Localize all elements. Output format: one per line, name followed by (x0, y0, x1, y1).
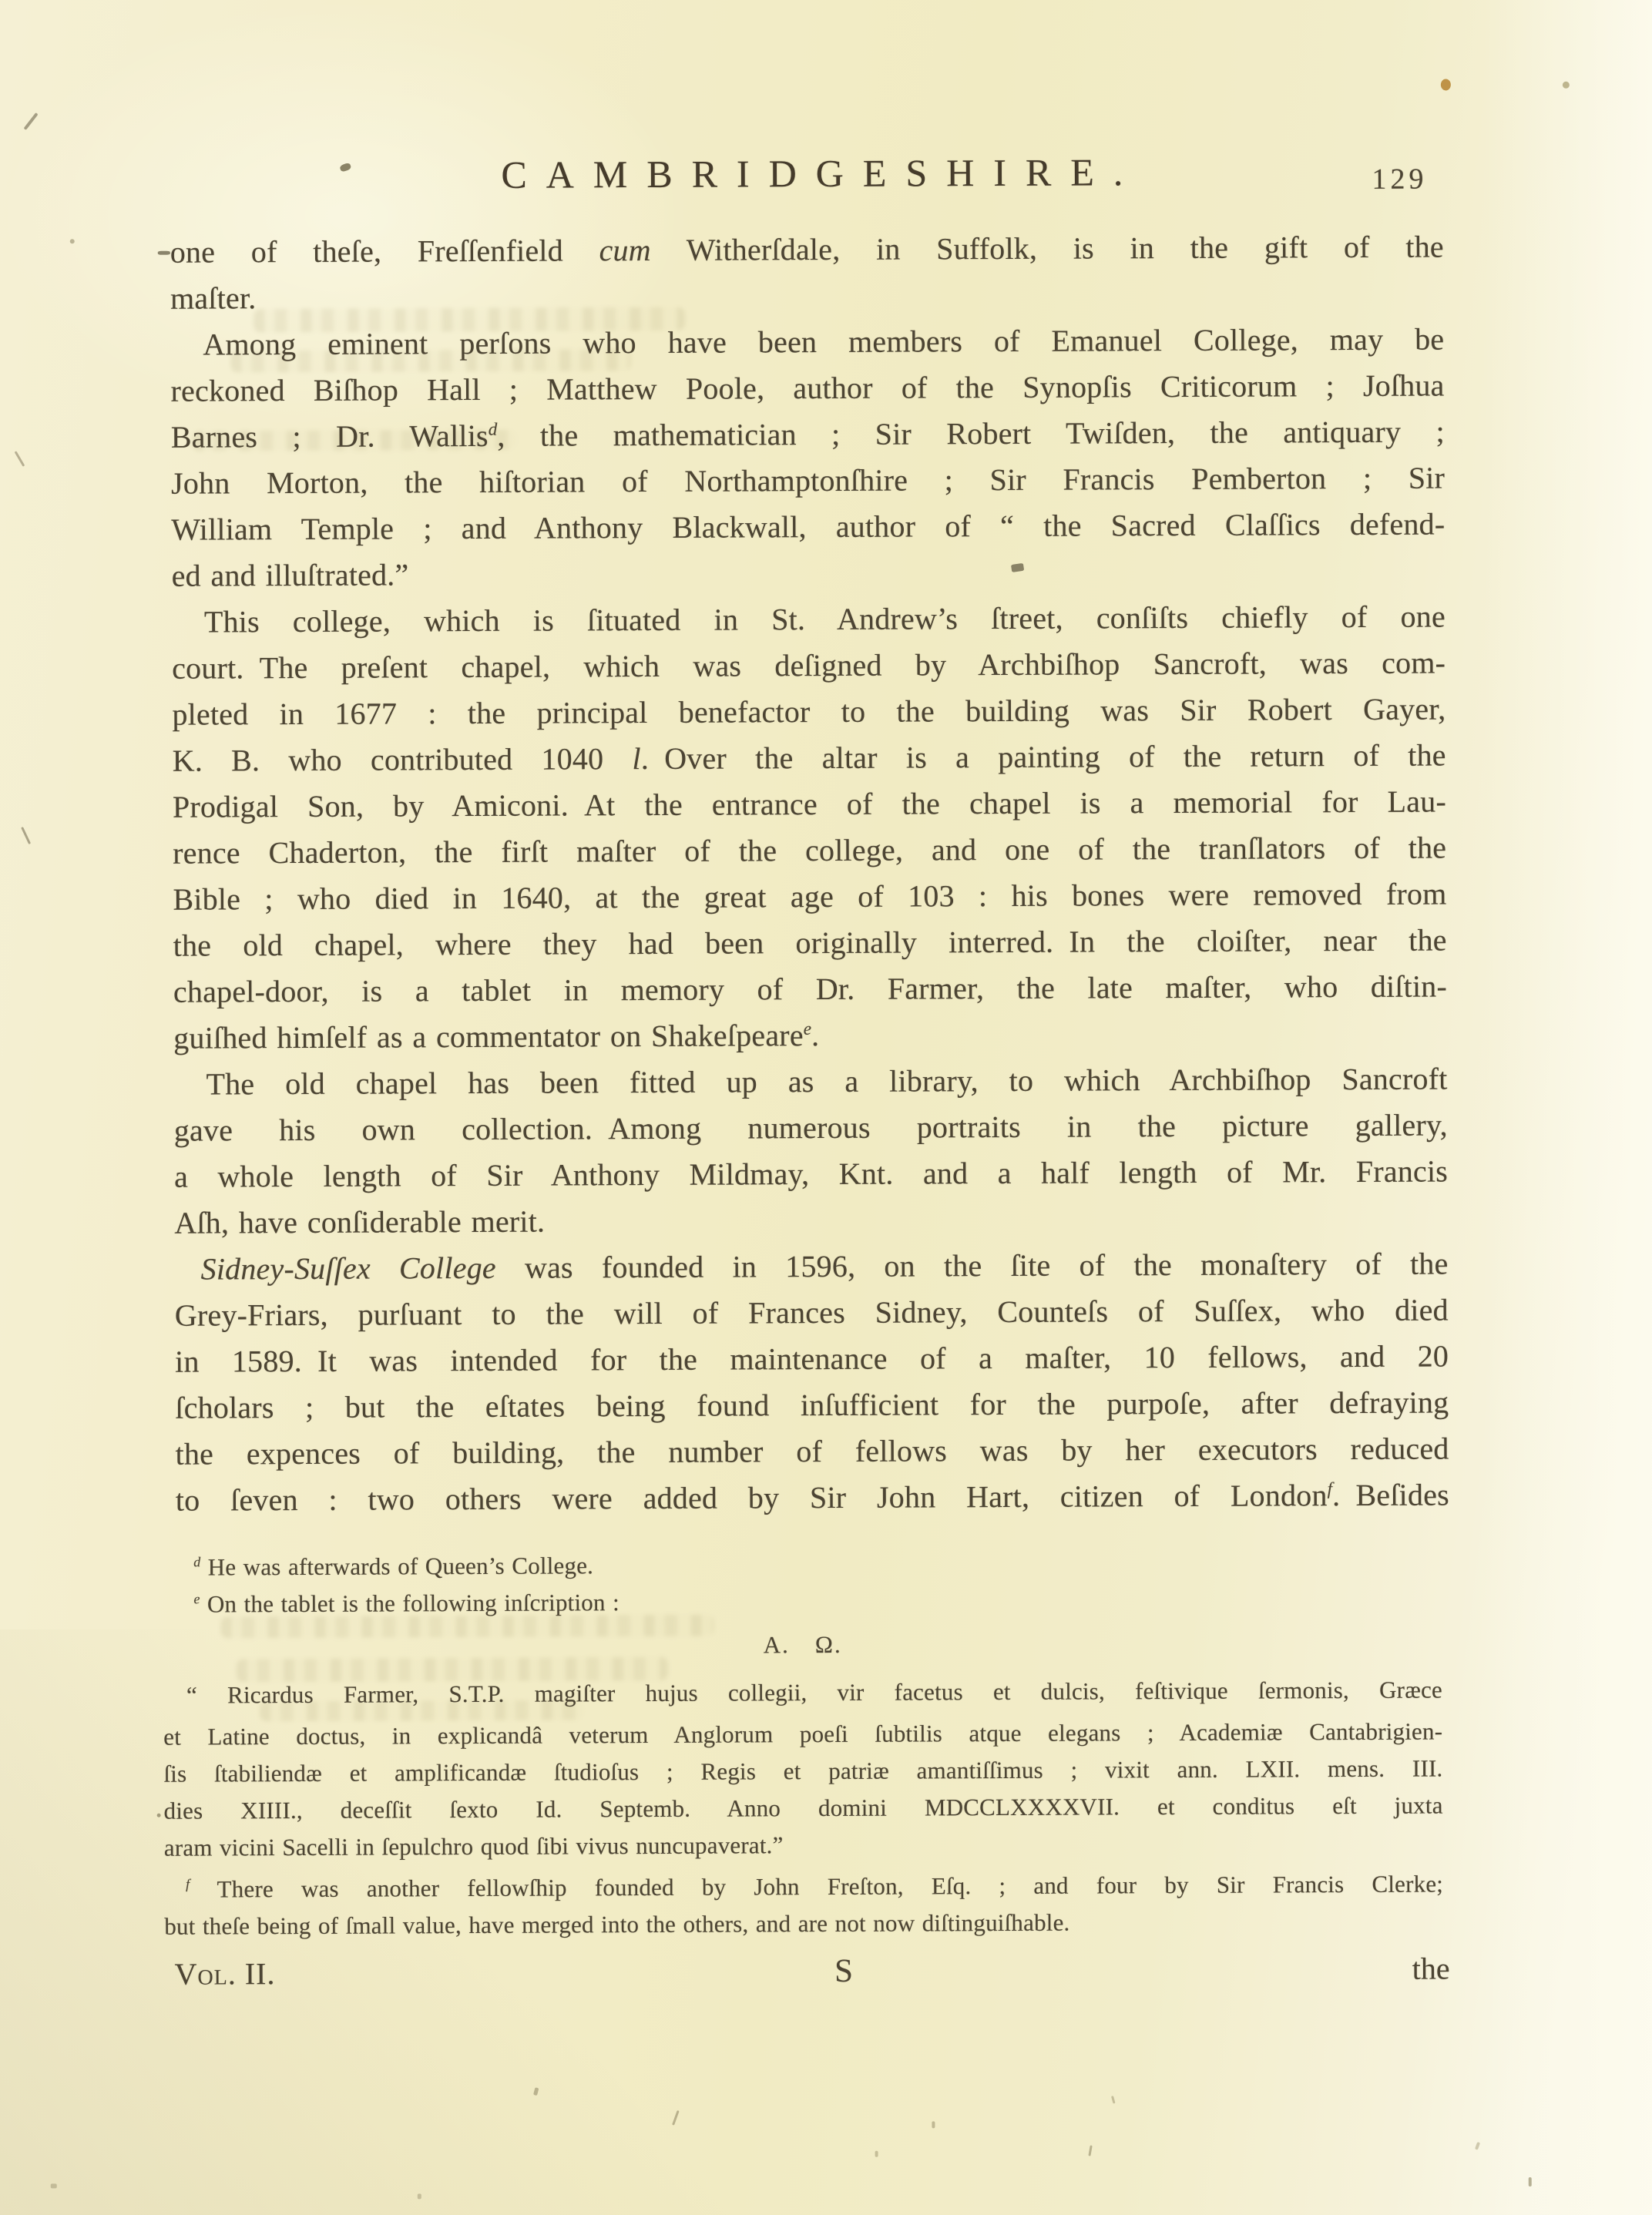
ink-speck (157, 1814, 161, 1817)
ink-speck (875, 2151, 878, 2157)
ink-speck (1529, 2177, 1532, 2186)
text-line: f There was another fellowſhip founded b… (164, 1866, 1443, 1908)
text-line: but theſe being of ſmall value, have mer… (164, 1903, 1443, 1945)
ink-speck (339, 163, 351, 173)
page-content: CAMBRIDGESHIRE. 129 one of theſe, Freſſe… (0, 0, 1652, 2215)
page-header-title: CAMBRIDGESHIRE. (501, 149, 1142, 197)
text-line: to ſeven : two others were added by Sir … (176, 1472, 1449, 1523)
text-line: chapel-door, is a tablet in memory of Dr… (173, 963, 1447, 1015)
text-line: aram vicini Sacelli in ſepulchro quod ſi… (164, 1824, 1443, 1867)
volume-label: Vol. II. (174, 1955, 275, 1992)
text-line: gave his own collection. Among numerous … (174, 1102, 1448, 1153)
text-line: d He was afterwards of Queen’s College. (163, 1544, 1442, 1586)
text-line: maſter. (170, 270, 1444, 321)
footnotes-block: d He was afterwards of Queen’s College.e… (163, 1544, 1443, 1945)
text-line: rence Chaderton, the firſt maſter of the… (173, 824, 1446, 876)
text-line: guiſhed himſelf as a commentator on Shak… (173, 1009, 1447, 1061)
text-line: The old chapel has been fitted up as a l… (173, 1055, 1447, 1107)
text-line: Barnes ; Dr. Wallisd, the mathematician … (171, 408, 1445, 460)
ink-speck (533, 2087, 539, 2096)
ink-speck (1441, 79, 1451, 90)
text-line: William Temple ; and Anthony Blackwall, … (171, 501, 1445, 552)
catchword: the (1412, 1950, 1450, 1986)
text-line: Prodigal Son, by Amiconi. At the entranc… (173, 778, 1446, 830)
ink-speck (158, 251, 170, 255)
text-line: Grey-Friars, purſuant to the will of Fra… (175, 1287, 1449, 1338)
text-line: et Latine doctus, in explicandâ veterum … (163, 1713, 1442, 1756)
text-line: court. The preſent chapel, which was deſ… (172, 639, 1445, 691)
page-number: 129 (1372, 163, 1427, 196)
ink-speck (1563, 82, 1570, 89)
text-line: one of theſe, Freſſenfield cum Witherſda… (170, 223, 1444, 275)
text-line: A. Ω. (163, 1624, 1442, 1666)
text-line: Bible ; who died in 1640, at the great a… (173, 871, 1446, 922)
text-line: John Morton, the hiſtorian of Northampto… (171, 455, 1445, 506)
ink-speck (70, 239, 75, 243)
text-line: the old chapel, where they had been orig… (173, 917, 1447, 968)
ink-speck (672, 2110, 680, 2126)
text-line: K. B. who contributed 1040 l. Over the a… (173, 732, 1446, 784)
text-line: Aſh, have conſiderable merit. (174, 1194, 1448, 1246)
signature-letter: S (834, 1952, 853, 1990)
text-line: a whole length of Sir Anthony Mildmay, K… (174, 1148, 1448, 1200)
ink-speck (1111, 2096, 1116, 2103)
ink-speck (21, 827, 31, 844)
text-line: dies XIIII., deceſſit ſexto Id. Septemb.… (164, 1787, 1443, 1830)
ink-speck (24, 112, 39, 130)
scan-speck-layer (0, 0, 1650, 4)
ink-speck (51, 2183, 57, 2188)
ink-speck (1475, 2142, 1480, 2150)
text-line: ſcholars ; but the eſtates being found i… (175, 1379, 1449, 1431)
page-footer-row: Vol. II. S the (174, 1949, 1449, 1992)
ink-speck (1088, 2145, 1092, 2156)
text-line: pleted in 1677 : the principal benefacto… (172, 686, 1445, 737)
scanned-book-page: { "header": { "title": "CAMBRIDGESHIRE."… (0, 0, 1652, 2215)
ink-speck (932, 2121, 935, 2128)
text-line: the expences of building, the number of … (175, 1425, 1449, 1477)
text-line: reckoned Biſhop Hall ; Matthew Poole, au… (170, 362, 1444, 414)
text-line: This college, which is ſituated in St. A… (172, 593, 1445, 645)
text-line: e On the tablet is the following inſcrip… (163, 1581, 1442, 1623)
text-line: Sidney-Suſſex College was founded in 159… (174, 1240, 1448, 1292)
text-line: ed and illuſtrated.” (172, 547, 1445, 599)
ink-speck (418, 2193, 421, 2199)
ink-bleedthrough-layer (0, 0, 1650, 4)
text-line: “ Ricardus Farmer, S.T.P. magiſter hujus… (163, 1672, 1442, 1714)
main-text-block: one of theſe, Freſſenfield cum Witherſda… (170, 223, 1449, 1523)
text-line: ſis ſtabiliendæ et amplificandæ ſtudioſu… (163, 1750, 1442, 1793)
ink-speck (15, 451, 25, 467)
text-line: in 1589. It was intended for the mainten… (175, 1333, 1449, 1384)
text-line: Among eminent perſons who have been memb… (170, 316, 1444, 367)
